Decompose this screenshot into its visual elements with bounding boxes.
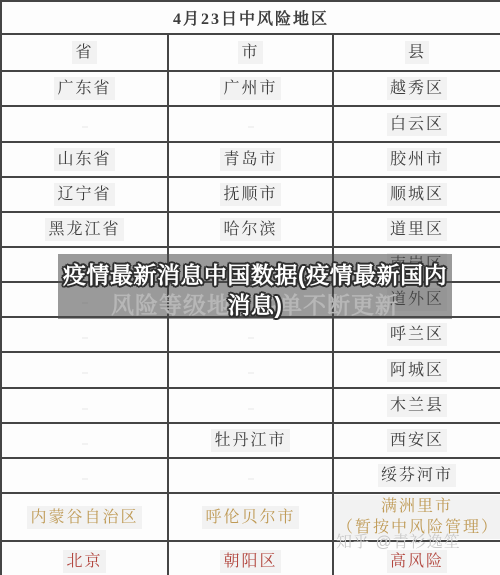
cell-city: 广州市	[168, 71, 333, 106]
cell-province: 内蒙谷自治区	[1, 493, 168, 541]
table-row: 辽宁省 抚顺市 顺城区	[1, 177, 500, 212]
cell-province	[1, 423, 168, 458]
cell-city: 哈尔滨	[168, 212, 333, 247]
headline-overlay-band: 风险等级地区名单不断更新 疫情最新消息中国数据(疫情最新国内 消息)	[58, 254, 452, 319]
cell-city	[168, 317, 333, 352]
cell-county: 木兰县	[333, 388, 500, 423]
table-row: 黑龙江省 哈尔滨 道里区	[1, 212, 500, 247]
cell-county: 胶州市	[333, 142, 500, 177]
cell-province: 广东省	[1, 71, 168, 106]
cell-county: 白云区	[333, 106, 500, 142]
cell-province: 北京	[1, 541, 168, 575]
column-header-county: 县	[333, 34, 500, 71]
cell-city: 牡丹江市	[168, 423, 333, 458]
cell-city	[168, 458, 333, 493]
table-title: 4月23日中风险地区	[1, 1, 500, 34]
cell-province	[1, 388, 168, 423]
cell-province: 山东省	[1, 142, 168, 177]
cell-county: 绥芬河市	[333, 458, 500, 493]
cell-county: 呼兰区	[333, 317, 500, 352]
cell-province: 黑龙江省	[1, 212, 168, 247]
table-row: 山东省 青岛市 胶州市	[1, 142, 500, 177]
table-row: 绥芬河市	[1, 458, 500, 493]
table-row: 呼兰区	[1, 317, 500, 352]
headline-line1: 疫情最新消息中国数据(疫情最新国内	[58, 257, 452, 290]
table-title-row: 4月23日中风险地区	[1, 1, 500, 34]
cell-city: 青岛市	[168, 142, 333, 177]
table-row: 广东省 广州市 越秀区	[1, 71, 500, 106]
cell-city	[168, 352, 333, 388]
column-header-province: 省	[1, 34, 168, 71]
cell-province	[1, 106, 168, 142]
cell-county: 西安区	[333, 423, 500, 458]
zhihu-watermark: 知乎 @青衫逸笙	[336, 529, 461, 552]
cell-province: 辽宁省	[1, 177, 168, 212]
table-row: 牡丹江市 西安区	[1, 423, 500, 458]
cell-province	[1, 458, 168, 493]
headline-line2: 消息)	[58, 287, 452, 320]
column-header-city: 市	[168, 34, 333, 71]
table-row: 木兰县	[1, 388, 500, 423]
cell-city: 朝阳区	[168, 541, 333, 575]
cell-city: 抚顺市	[168, 177, 333, 212]
table-header-row: 省 市 县	[1, 34, 500, 71]
cell-city: 呼伦贝尔市	[168, 493, 333, 541]
cell-province	[1, 317, 168, 352]
cell-county: 顺城区	[333, 177, 500, 212]
screenshot-root: 4月23日中风险地区 省 市 县 广东省 广州市 越秀区 白云区 山东省 青岛市…	[0, 0, 500, 575]
cell-county: 阿城区	[333, 352, 500, 388]
cell-county: 越秀区	[333, 71, 500, 106]
table-row: 阿城区	[1, 352, 500, 388]
cell-city	[168, 106, 333, 142]
cell-city	[168, 388, 333, 423]
table-row: 白云区	[1, 106, 500, 142]
cell-county: 道里区	[333, 212, 500, 247]
cell-province	[1, 352, 168, 388]
